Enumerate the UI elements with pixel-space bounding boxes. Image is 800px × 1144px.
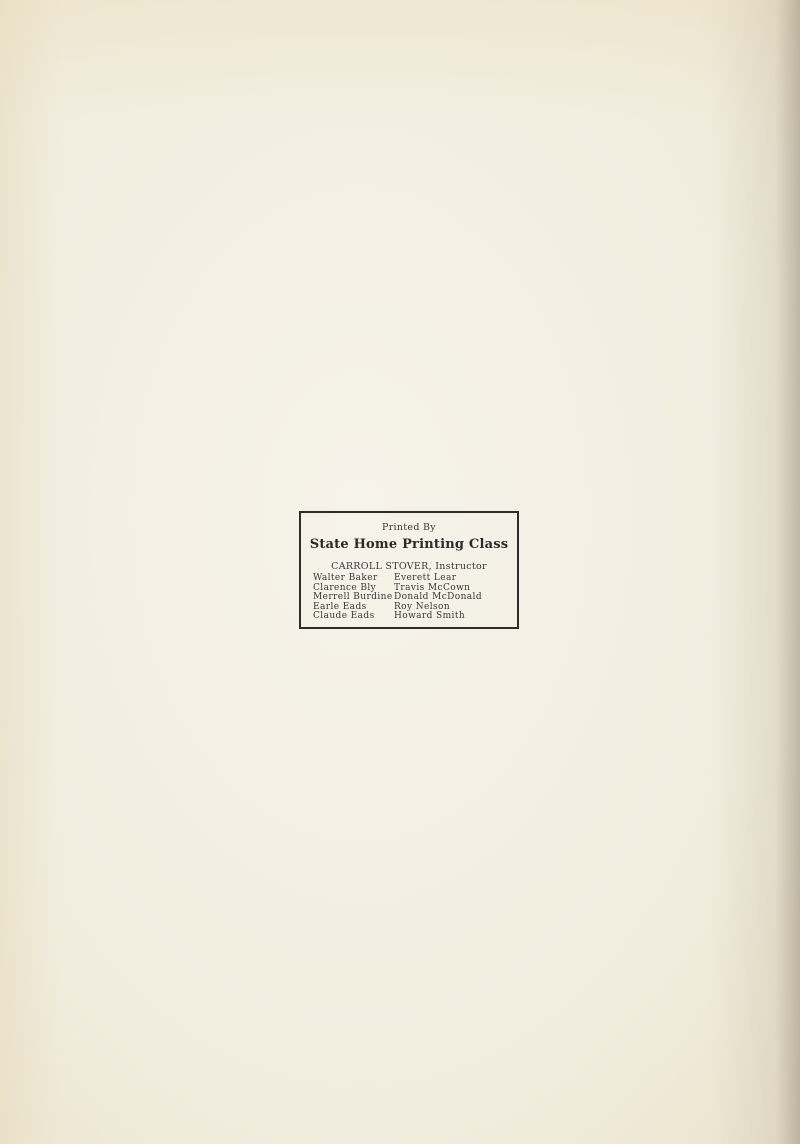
printer-imprint-box: Printed By State Home Printing Class CAR… [299,511,519,629]
document-page: Printed By State Home Printing Class CAR… [0,0,800,1144]
students-left-column: Walter Baker Clarence Bly Merrell Burdin… [313,574,393,622]
printed-by-label: Printed By [301,522,517,533]
students-right-column: Everett Lear Travis McCown Donald McDona… [394,574,482,622]
student-name: Claude Eads [313,612,393,622]
instructor-name: CARROLL STOVER, Instructor [301,561,517,572]
printing-class-name: State Home Printing Class [301,537,517,552]
student-name: Howard Smith [394,612,482,622]
